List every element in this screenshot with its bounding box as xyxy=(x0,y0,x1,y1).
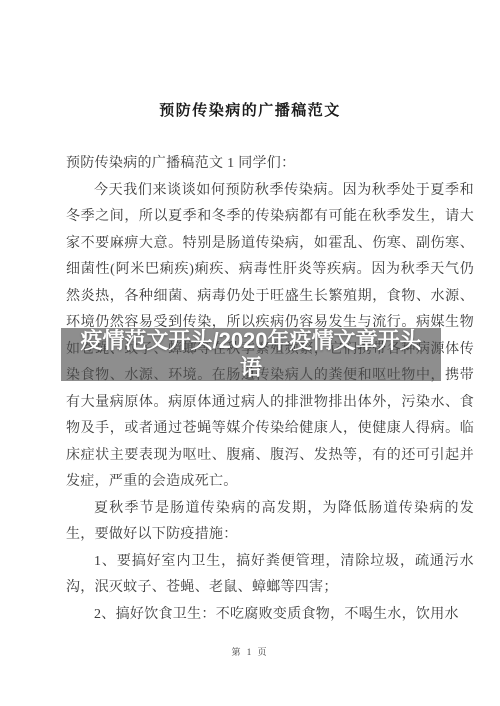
document-page: 预防传染病的广播稿范文 预防传染病的广播稿范文 1 同学们： 今天我们来谈谈如何… xyxy=(0,0,500,706)
paragraph-salutation: 预防传染病的广播稿范文 1 同学们： xyxy=(66,151,474,178)
page-footer: 第 1 页 xyxy=(0,645,500,658)
watermark-text-line-2: 语 xyxy=(61,355,441,382)
document-title: 预防传染病的广播稿范文 xyxy=(0,99,500,120)
paragraph-measures-lead: 夏秋季节是肠道传染病的高发期，为降低肠道传染病的发生，要做好以下防疫措施： xyxy=(66,496,474,549)
page-number-label: 第 1 页 xyxy=(231,647,268,657)
watermark-text-line-1: 疫情范文开头/2020年疫情文章开头 xyxy=(61,328,441,355)
watermark-overlay: 疫情范文开头/2020年疫情文章开头 语 xyxy=(61,328,441,381)
paragraph-measure-1: 1、要搞好室内卫生，搞好粪便管理，清除垃圾，疏通污水沟，泯灭蚊子、苍蝇、老鼠、蟑… xyxy=(66,549,474,602)
document-body: 预防传染病的广播稿范文 1 同学们： 今天我们来谈谈如何预防秋季传染病。因为秋季… xyxy=(66,151,474,628)
paragraph-measure-2: 2、搞好饮食卫生：不吃腐败变质食物，不喝生水，饮用水 xyxy=(66,602,474,629)
